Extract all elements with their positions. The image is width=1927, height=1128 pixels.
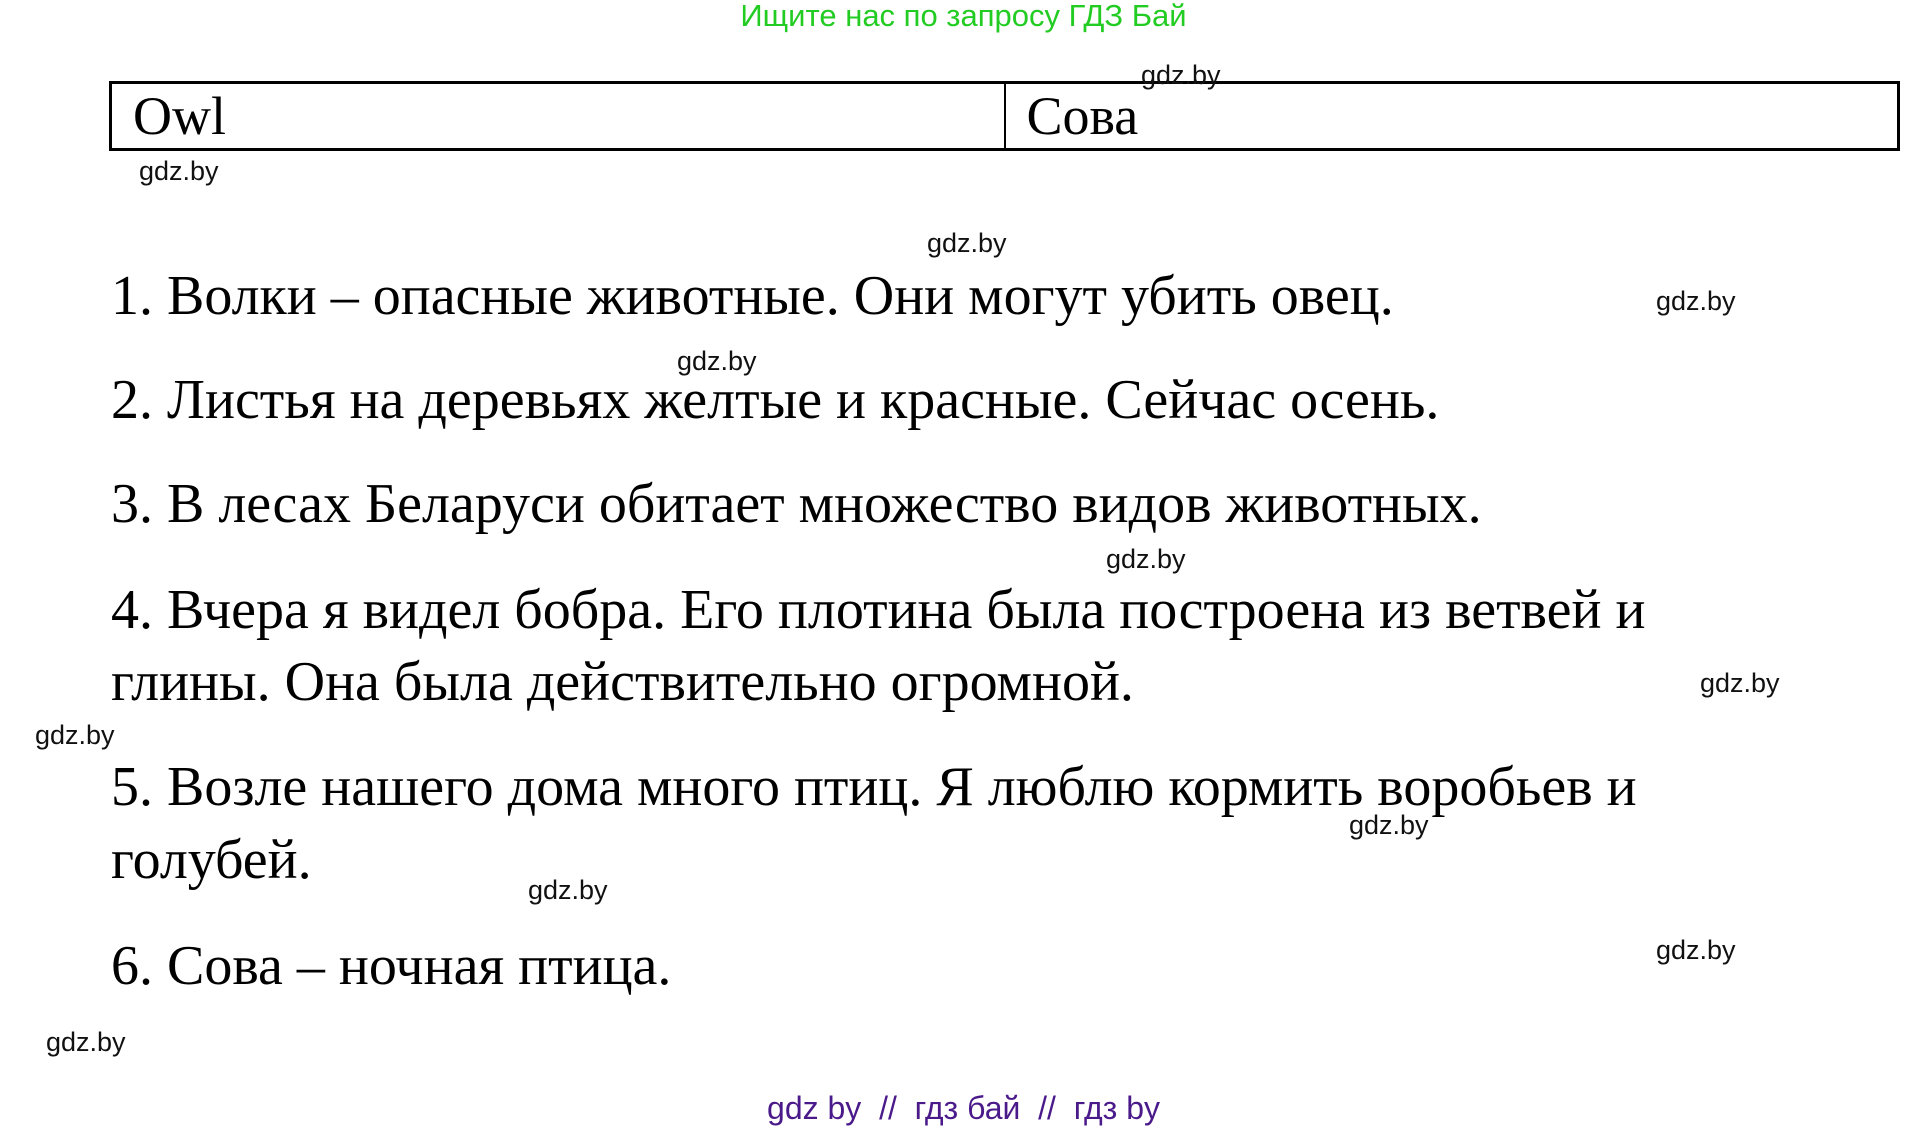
- sentence-5-line-1: 5. Возле нашего дома много птиц. Я люблю…: [111, 759, 1637, 815]
- sentence-2: 2. Листья на деревьях желтые и красные. …: [111, 372, 1439, 428]
- watermark: gdz.by: [1141, 62, 1221, 89]
- sentence-4-line-2: глины. Она была действительно огромной.: [111, 654, 1134, 710]
- watermark: gdz.by: [1656, 937, 1736, 964]
- watermark: gdz.by: [35, 722, 115, 749]
- vocab-english: Owl: [112, 84, 1004, 148]
- sentence-3: 3. В лесах Беларуси обитает множество ви…: [111, 476, 1482, 532]
- vocabulary-table: Owl Сова: [109, 81, 1900, 151]
- watermark: gdz.by: [139, 158, 219, 185]
- watermark: gdz.by: [1700, 670, 1780, 697]
- watermark: gdz.by: [46, 1029, 126, 1056]
- sentence-5-line-2: голубей.: [111, 832, 312, 888]
- sentence-4-line-1: 4. Вчера я видел бобра. Его плотина была…: [111, 582, 1645, 638]
- watermark: gdz.by: [927, 230, 1007, 257]
- watermark: gdz.by: [528, 877, 608, 904]
- watermark: gdz.by: [1106, 546, 1186, 573]
- footer-links: gdz by // гдз бай // гдз by: [0, 1090, 1927, 1127]
- sentence-6: 6. Сова – ночная птица.: [111, 938, 671, 994]
- sentence-1: 1. Волки – опасные животные. Они могут у…: [111, 268, 1394, 324]
- watermark: gdz.by: [677, 348, 757, 375]
- promo-header: Ищите нас по запросу ГДЗ Бай: [0, 0, 1927, 34]
- vocab-russian: Сова: [1004, 84, 1898, 148]
- watermark: gdz.by: [1656, 288, 1736, 315]
- watermark: gdz.by: [1349, 812, 1429, 839]
